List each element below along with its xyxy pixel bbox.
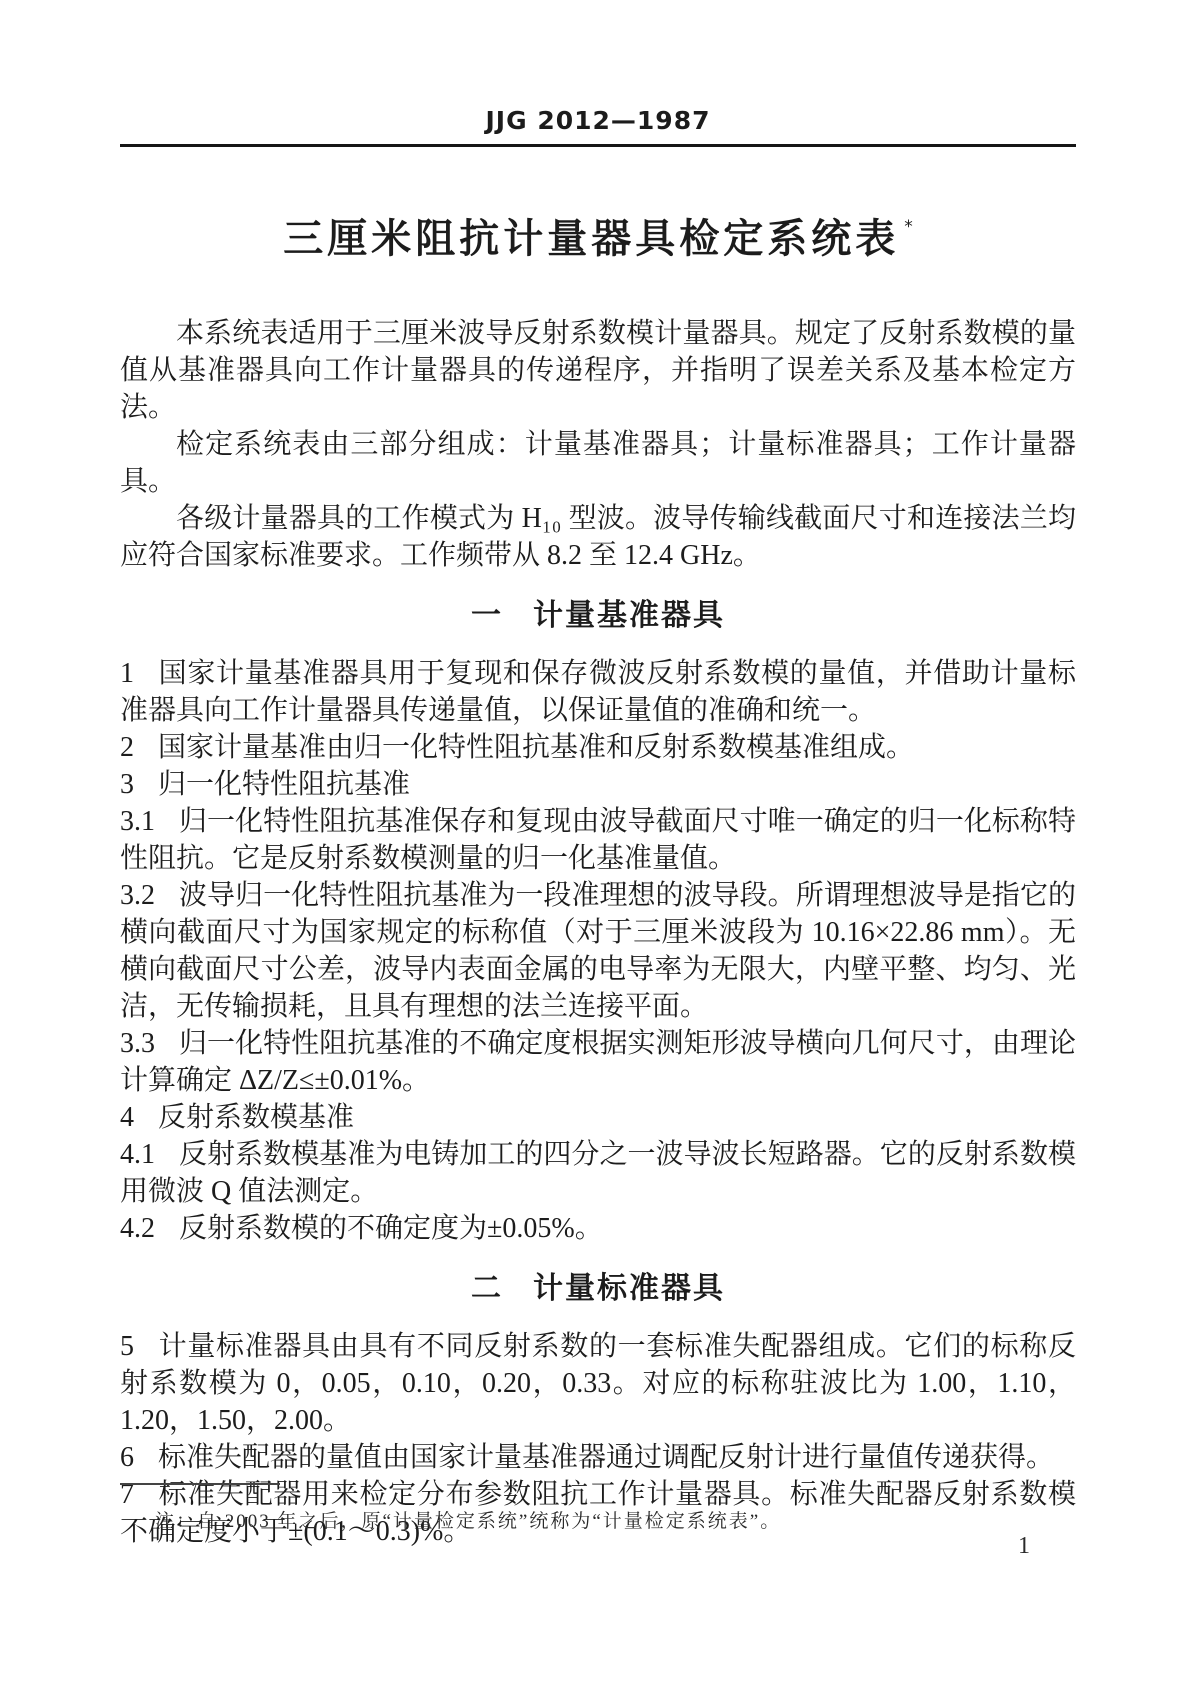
item-text: 反射系数模基准 [158, 1102, 354, 1133]
page-title: 三厘米阻抗计量器具检定系统表* [120, 201, 1076, 265]
item-text: 反射系数模基准为电铸加工的四分之一波导波长短路器。它的反射系数模用微波 Q 值法… [120, 1139, 1076, 1207]
item-number: 4.1 [120, 1139, 155, 1170]
content-area: JJG 2012—1987 三厘米阻抗计量器具检定系统表* 本系统表适用于三厘米… [120, 0, 1076, 1550]
header-rule [120, 144, 1076, 147]
section-label: 计量标准器具 [533, 1271, 725, 1306]
title-footnote-mark: * [904, 217, 913, 237]
list-item: 2国家计量基准由归一化特性阻抗基准和反射系数模基准组成。 [120, 729, 1076, 766]
item-number: 2 [120, 732, 134, 763]
section-label: 计量基准器具 [533, 598, 725, 633]
item-number: 3.3 [120, 1028, 155, 1059]
item-number: 3.2 [120, 880, 155, 911]
intro-paragraph: 本系统表适用于三厘米波导反射系数模计量器具。规定了反射系数模的量值从基准器具向工… [120, 315, 1076, 426]
item-number: 3 [120, 769, 134, 800]
intro-section: 本系统表适用于三厘米波导反射系数模计量器具。规定了反射系数模的量值从基准器具向工… [120, 315, 1076, 574]
item-number: 3.1 [120, 806, 155, 837]
list-item: 4反射系数模基准 [120, 1099, 1076, 1136]
item-text: 国家计量基准器具用于复现和保存微波反射系数模的量值，并借助计量标准器具向工作计量… [120, 658, 1076, 726]
footnote-text: 注：自 2003 年之后，原“计量检定系统”统称为“计量检定系统表”。 [155, 1506, 781, 1533]
section-number: 二 [471, 1271, 503, 1306]
list-item: 3归一化特性阻抗基准 [120, 766, 1076, 803]
list-item: 6标准失配器的量值由国家计量基准器通过调配反射计进行量值传递获得。 [120, 1439, 1076, 1476]
document-page: JJG 2012—1987 三厘米阻抗计量器具检定系统表* 本系统表适用于三厘米… [0, 0, 1191, 1684]
page-number: 1 [1018, 1533, 1030, 1560]
item-text: 反射系数模的不确定度为±0.05%。 [179, 1213, 603, 1244]
doc-number: JJG 2012—1987 [120, 106, 1076, 135]
item-text: 计量标准器具由具有不同反射系数的一套标准失配器组成。它们的标称反射系数模为 0，… [120, 1331, 1076, 1436]
intro-paragraph: 各级计量器具的工作模式为 H₁₀ 型波。波导传输线截面尺寸和连接法兰均应符合国家… [120, 500, 1076, 574]
item-text: 归一化特性阻抗基准 [158, 769, 410, 800]
item-number: 5 [120, 1331, 134, 1362]
item-text: 归一化特性阻抗基准的不确定度根据实测矩形波导横向几何尺寸，由理论计算确定 ΔZ/… [120, 1028, 1076, 1096]
footnote-divider [120, 1483, 280, 1485]
list-item: 3.3归一化特性阻抗基准的不确定度根据实测矩形波导横向几何尺寸，由理论计算确定 … [120, 1025, 1076, 1099]
item-number: 4 [120, 1102, 134, 1133]
item-number: 6 [120, 1442, 134, 1473]
item-text: 归一化特性阻抗基准保存和复现由波导截面尺寸唯一确定的归一化标称特性阻抗。它是反射… [120, 806, 1076, 874]
list-item: 3.2波导归一化特性阻抗基准为一段准理想的波导段。所谓理想波导是指它的横向截面尺… [120, 877, 1076, 1025]
section-heading: 二计量标准器具 [120, 1269, 1076, 1308]
page-title-text: 三厘米阻抗计量器具检定系统表 [283, 216, 899, 262]
section-number: 一 [471, 598, 503, 633]
item-text: 标准失配器的量值由国家计量基准器通过调配反射计进行量值传递获得。 [158, 1442, 1054, 1473]
section-heading: 一计量基准器具 [120, 596, 1076, 635]
item-number: 1 [120, 658, 134, 689]
list-item: 4.2反射系数模的不确定度为±0.05%。 [120, 1210, 1076, 1247]
item-text: 波导归一化特性阻抗基准为一段准理想的波导段。所谓理想波导是指它的横向截面尺寸为国… [120, 880, 1076, 1022]
list-item: 4.1反射系数模基准为电铸加工的四分之一波导波长短路器。它的反射系数模用微波 Q… [120, 1136, 1076, 1210]
item-number: 4.2 [120, 1213, 155, 1244]
intro-paragraph: 检定系统表由三部分组成：计量基准器具；计量标准器具；工作计量器具。 [120, 426, 1076, 500]
list-item: 3.1归一化特性阻抗基准保存和复现由波导截面尺寸唯一确定的归一化标称特性阻抗。它… [120, 803, 1076, 877]
list-item: 5计量标准器具由具有不同反射系数的一套标准失配器组成。它们的标称反射系数模为 0… [120, 1328, 1076, 1439]
list-item: 1国家计量基准器具用于复现和保存微波反射系数模的量值，并借助计量标准器具向工作计… [120, 655, 1076, 729]
item-text: 国家计量基准由归一化特性阻抗基准和反射系数模基准组成。 [158, 732, 914, 763]
